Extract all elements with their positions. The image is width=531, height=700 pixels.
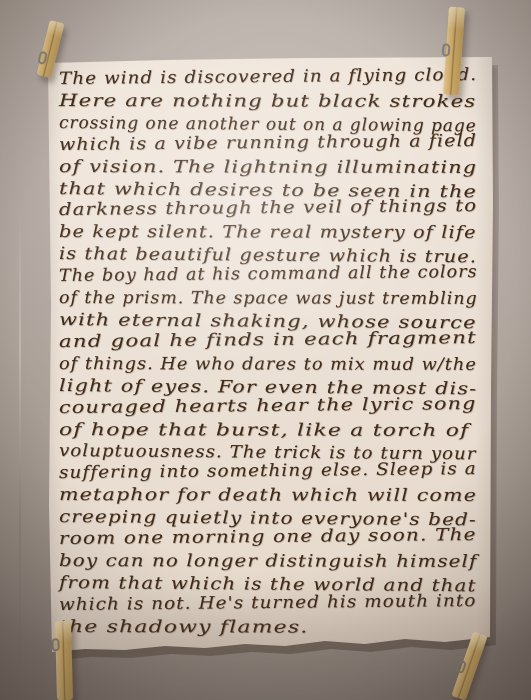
- wall-crease: [19, 210, 21, 680]
- handwriting-line-text: the shadowy flames.: [59, 617, 309, 638]
- handwriting-line-text: which is not. He's turned his mouth into: [59, 591, 477, 615]
- handwriting-line-text: Here are nothing but black strokes: [59, 91, 476, 112]
- handwriting-line-text: of vision. The lightning illuminating: [59, 157, 477, 178]
- handwriting-line-text: and goal he finds in each fragment: [59, 328, 477, 352]
- handwriting-line-text: couraged hearts hear the lyric song: [59, 394, 477, 418]
- handwriting-line: the shadowy flames.: [59, 617, 531, 640]
- handwriting-line-text: The boy had at his command all the color…: [59, 262, 478, 286]
- handwriting-line: of things. He who dares to mix mud w/the: [59, 354, 500, 377]
- handwriting-line: of the prism. The space was just trembli…: [59, 288, 492, 311]
- handwriting-line-text: room one morning one day soon. The: [59, 525, 477, 549]
- handwriting-line: couraged hearts hear the lyric song: [59, 393, 531, 420]
- handwriting-line: room one morning one day soon. The: [59, 524, 531, 551]
- photo-of-handwritten-page: { "paper": { "lines": [ "The wind is dis…: [0, 0, 531, 700]
- handwriting-line: which is not. He's turned his mouth into: [59, 590, 517, 616]
- clothespin-spring-wire: [37, 51, 48, 66]
- handwriting-line-text: which is a vibe running through a field: [59, 131, 477, 155]
- handwriting-line: Here are nothing but black strokes: [59, 91, 531, 114]
- handwriting-line-text: suffering into something else. Sleep is …: [59, 459, 477, 483]
- handwriting-line: darkness through the veil of things to: [59, 196, 531, 223]
- handwriting-line-text: metaphor for death which will come: [59, 485, 477, 506]
- clothespin-spring-wire: [51, 638, 59, 651]
- handwriting: The wind is discovered in a flying cloud…: [59, 69, 483, 639]
- handwriting-line-text: of the prism. The space was just trembli…: [59, 288, 478, 309]
- handwriting-line: and goal he finds in each fragment: [59, 327, 531, 354]
- clothespin-spring-wire: [442, 43, 451, 57]
- handwriting-line-text: boy can no longer distinguish himself: [59, 551, 478, 572]
- handwriting-line: suffering into something else. Sleep is …: [59, 459, 517, 485]
- handwriting-line: which is a vibe running through a field: [59, 130, 531, 156]
- handwriting-line-text: of hope that burst, like a torch of: [59, 420, 470, 441]
- handwriting-line: metaphor for death which will come: [59, 485, 531, 508]
- handwriting-line-text: of things. He who dares to mix mud w/the: [59, 354, 477, 375]
- handwriting-line: boy can no longer distinguish himself: [59, 551, 531, 574]
- handwriting-line: of hope that burst, like a torch of: [59, 420, 531, 443]
- handwritten-paper-sheet: The wind is discovered in a flying cloud…: [45, 55, 493, 655]
- clothespin-bottom-left: [55, 621, 73, 700]
- handwriting-line: The boy had at his command all the color…: [59, 262, 496, 288]
- clothespin-spring-wire: [456, 659, 468, 674]
- handwriting-line-text: The wind is discovered in a flying cloud…: [59, 65, 477, 89]
- handwriting-line: of vision. The lightning illuminating: [59, 157, 531, 180]
- handwriting-line-text: darkness through the veil of things to: [59, 196, 477, 220]
- handwriting-line: be kept silent. The real mystery of life: [59, 222, 531, 245]
- handwriting-line-text: be kept silent. The real mystery of life: [59, 222, 477, 243]
